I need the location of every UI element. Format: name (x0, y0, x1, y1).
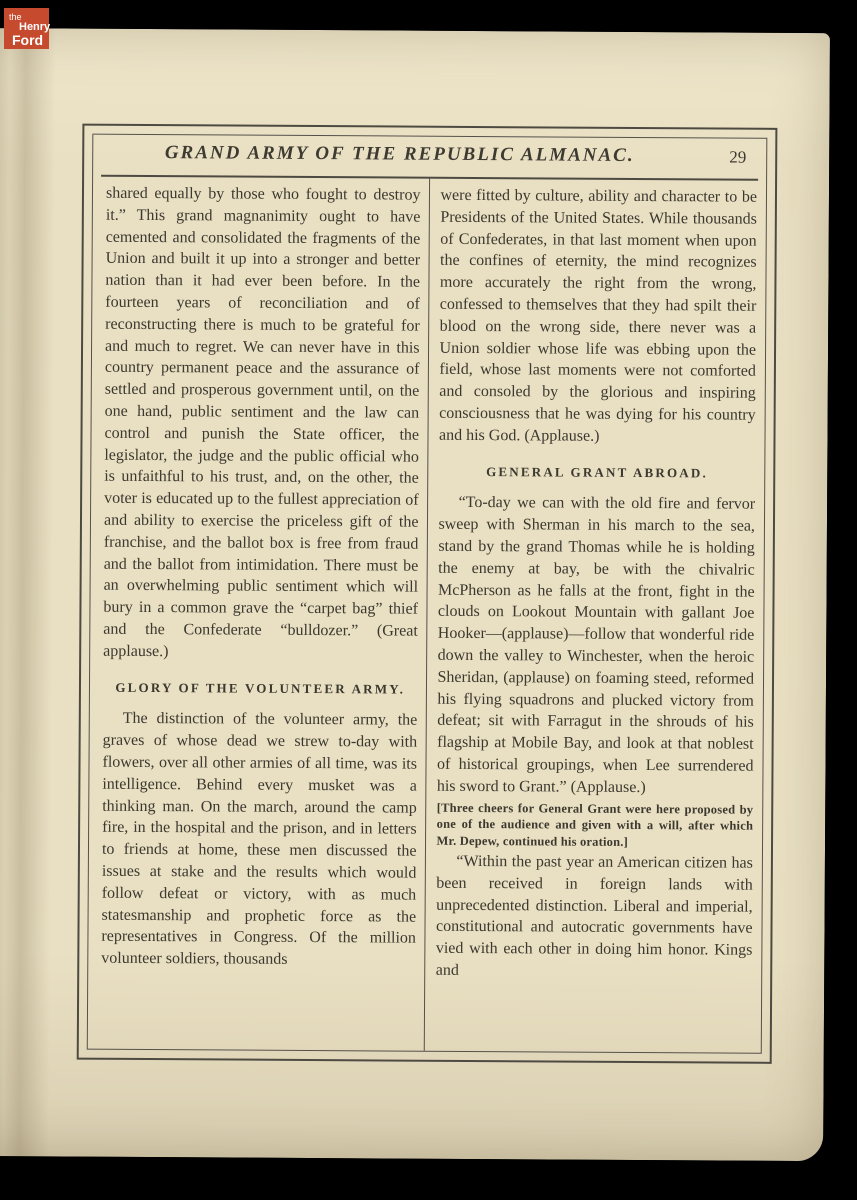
book-page: GRAND ARMY OF THE REPUBLIC ALMANAC. 29 s… (0, 28, 830, 1161)
left-column: shared equally by those who fought to de… (88, 176, 430, 1051)
right-paragraph-1: were fitted by culture, ability and char… (439, 185, 757, 448)
two-column-text: shared equally by those who fought to de… (88, 176, 766, 1053)
page-frame-inner: GRAND ARMY OF THE REPUBLIC ALMANAC. 29 s… (87, 134, 768, 1054)
section-heading-volunteer-army: GLORY OF THE VOLUNTEER ARMY. (103, 676, 418, 700)
editorial-bracket-note: [Three cheers for General Grant were her… (436, 799, 753, 850)
scanned-book-photograph: { "branding": { "logo": { "the": "the", … (0, 0, 857, 1200)
running-head: GRAND ARMY OF THE REPUBLIC ALMANAC. 29 (101, 135, 758, 181)
section-heading-grant-abroad: GENERAL GRANT ABROAD. (439, 460, 756, 484)
right-column: were fitted by culture, ability and char… (424, 178, 766, 1053)
right-paragraph-2: “To-day we can with the old fire and fer… (437, 492, 755, 799)
page-number: 29 (729, 148, 746, 168)
right-paragraph-3: “Within the past year an American citize… (436, 851, 753, 984)
henry-ford-logo: the Henry Ford (4, 8, 49, 49)
page-frame-outer: GRAND ARMY OF THE REPUBLIC ALMANAC. 29 s… (77, 124, 778, 1064)
left-paragraph-2: The distinction of the volunteer army, t… (101, 708, 417, 971)
logo-text-ford: Ford (12, 32, 43, 48)
page-title: GRAND ARMY OF THE REPUBLIC ALMANAC. (101, 142, 698, 168)
left-paragraph-continuation: shared equally by those who fought to de… (103, 183, 420, 664)
